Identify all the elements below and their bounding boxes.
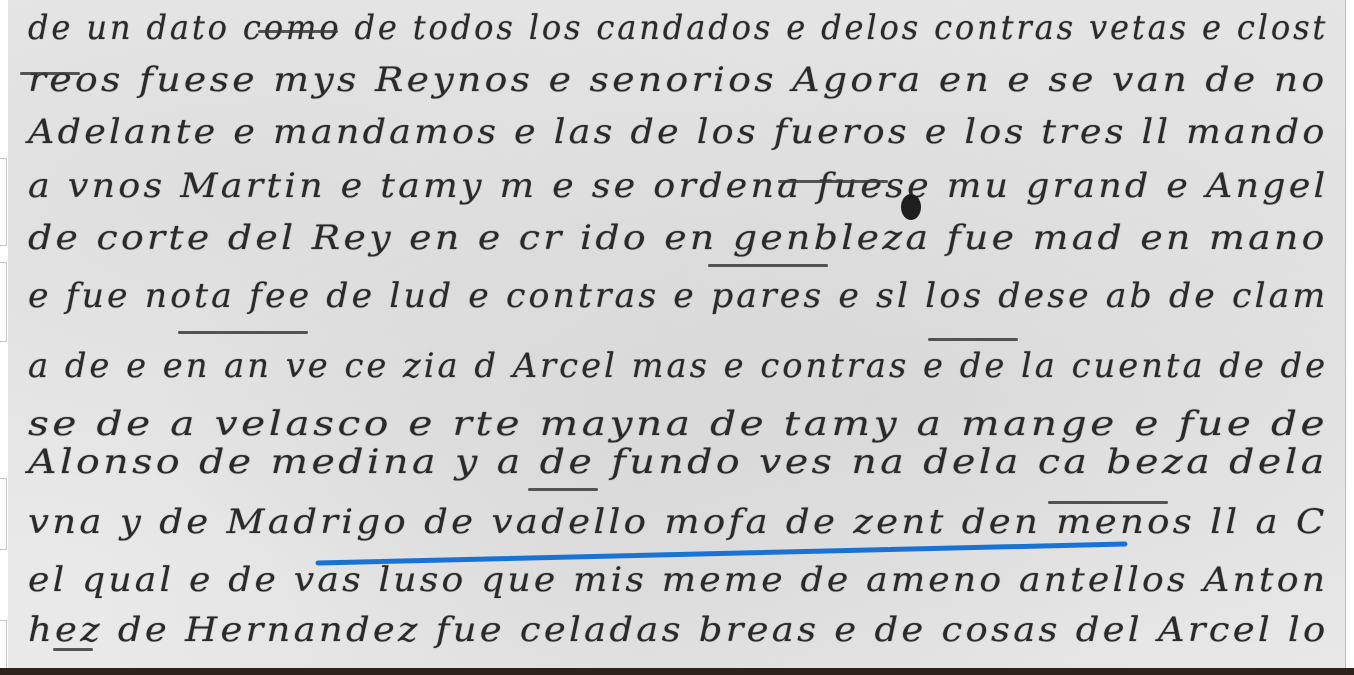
gutter-tab[interactable]: [0, 262, 7, 342]
manuscript-line: de corte del Rey en e cr ido en genbleza…: [28, 218, 1328, 258]
pen-stroke: [928, 338, 1018, 341]
left-gutter: [0, 0, 8, 668]
manuscript-scan: de un dato como de todos los candados e …: [8, 0, 1346, 668]
manuscript-line: el qual e de vas luso que mis meme de am…: [28, 560, 1328, 600]
image-viewer: de un dato como de todos los candados e …: [0, 0, 1354, 675]
manuscript-line: e fue nota fee de lud e contras e pares …: [28, 276, 1328, 316]
pen-stroke: [53, 648, 93, 651]
pen-stroke: [708, 264, 828, 267]
manuscript-line: Adelante e mandamos e las de los fueros …: [28, 112, 1328, 152]
manuscript-line: de un dato como de todos los candados e …: [28, 8, 1328, 48]
pen-stroke: [20, 72, 80, 75]
pen-stroke: [258, 30, 338, 33]
gutter-tab[interactable]: [0, 620, 7, 670]
ink-blot: [901, 194, 921, 220]
gutter-tab[interactable]: [0, 158, 7, 246]
pen-stroke: [528, 488, 598, 491]
manuscript-line: vna y de Madrigo de vadello mofa de zent…: [28, 502, 1328, 542]
manuscript-line: a vnos Martin e tamy m e se ordena fuese…: [28, 166, 1328, 206]
manuscript-line: a de e en an ve ce zia d Arcel mas e con…: [28, 346, 1328, 386]
gutter-tab[interactable]: [0, 478, 7, 550]
pen-stroke: [778, 180, 888, 183]
pen-stroke: [178, 331, 308, 334]
manuscript-line: hez de Hernandez fue celadas breas e de …: [28, 610, 1329, 650]
bottom-bar: [0, 668, 1354, 675]
manuscript-line: reos fuese mys Reynos e senorios Agora e…: [28, 60, 1328, 100]
manuscript-line: se de a velasco e rte mayna de tamy a ma…: [28, 404, 1328, 444]
right-frame: [1345, 0, 1354, 668]
pen-stroke: [1048, 501, 1168, 504]
manuscript-line: Alonso de medina y a de fundo ves na del…: [28, 442, 1328, 482]
